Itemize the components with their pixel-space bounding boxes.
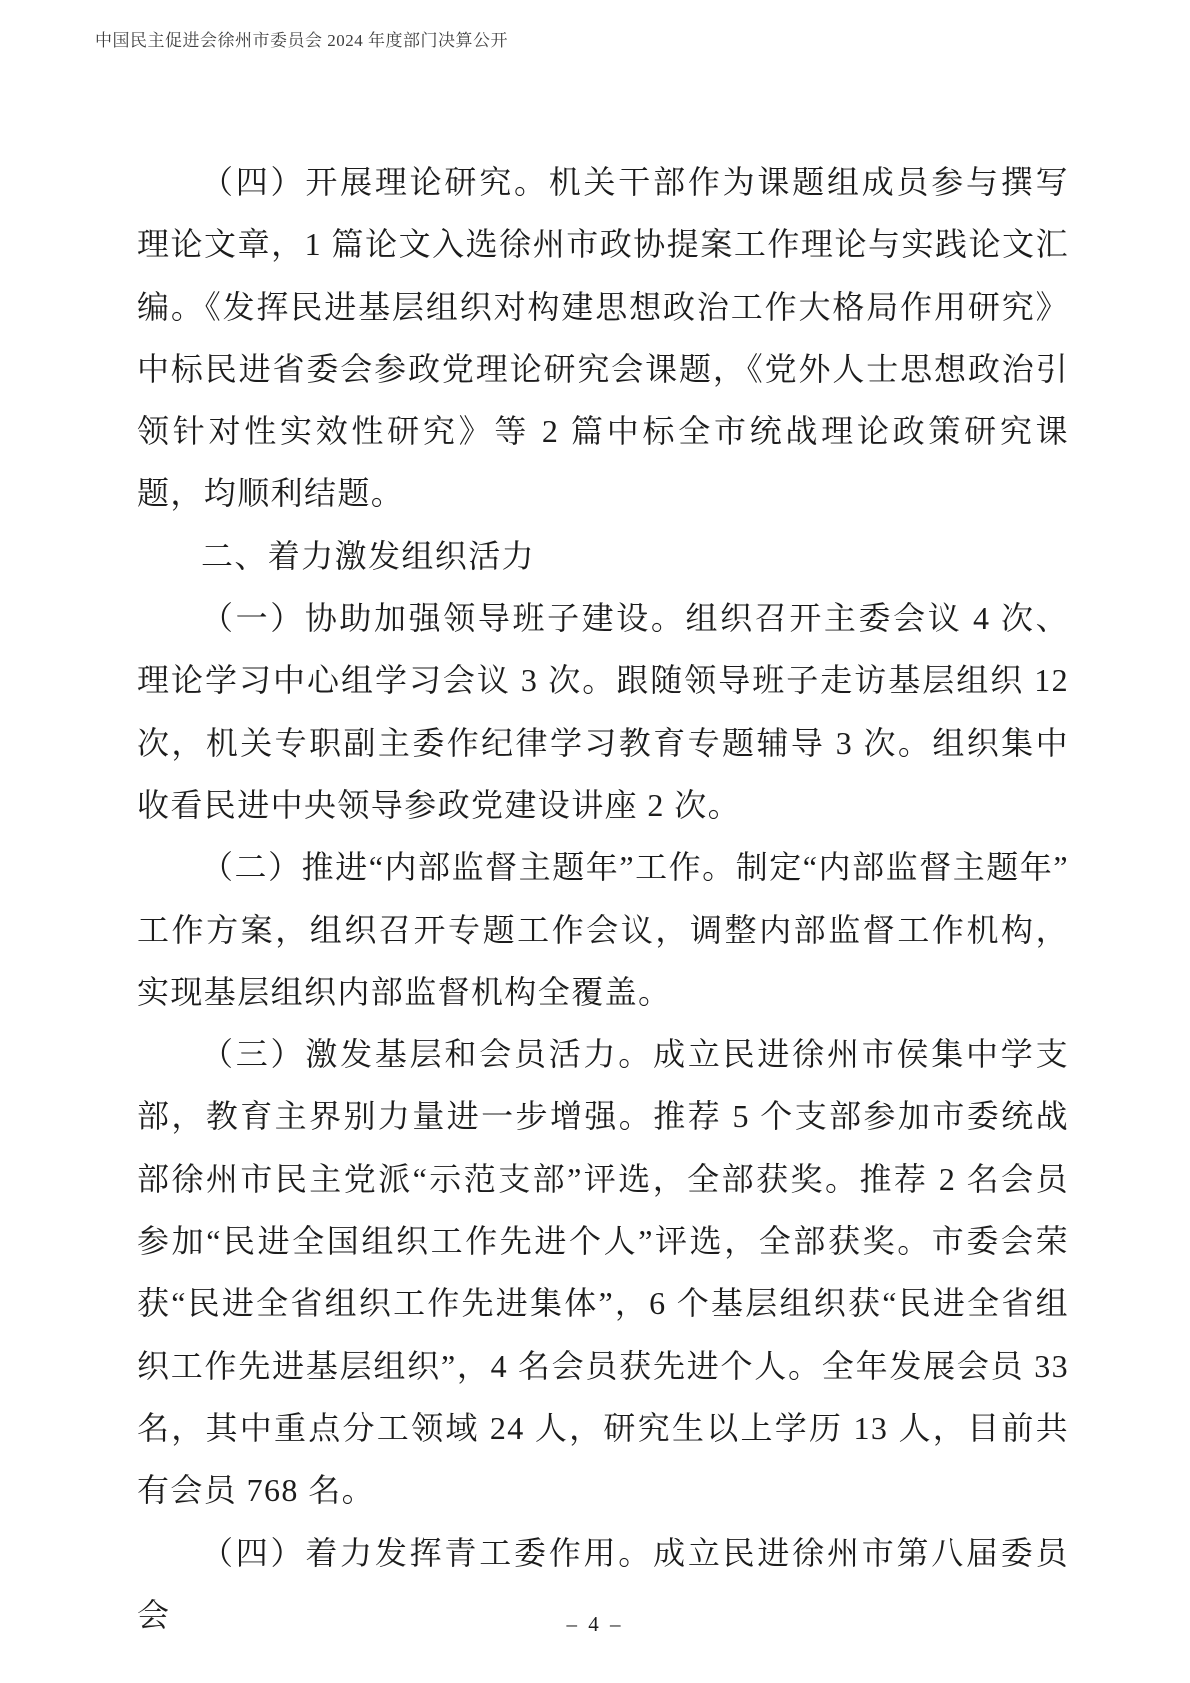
body-paragraph: （二）推进“内部监督主题年”工作。制定“内部监督主题年”工作方案，组织召开专题工… (137, 836, 1069, 1023)
document-page: 中国民主促进会徐州市委员会 2024 年度部门决算公开 （四）开展理论研究。机关… (0, 0, 1190, 1683)
body-paragraph: （四）开展理论研究。机关干部作为课题组成员参与撰写理论文章，1 篇论文入选徐州市… (137, 151, 1069, 525)
section-heading: 二、着力激发组织活力 (137, 525, 1069, 587)
body-paragraph: （三）激发基层和会员活力。成立民进徐州市侯集中学支部，教育主界别力量进一步增强。… (137, 1023, 1069, 1521)
document-body: （四）开展理论研究。机关干部作为课题组成员参与撰写理论文章，1 篇论文入选徐州市… (137, 151, 1069, 1646)
body-paragraph: （一）协助加强领导班子建设。组织召开主委会议 4 次、理论学习中心组学习会议 3… (137, 587, 1069, 836)
document-header-title: 中国民主促进会徐州市委员会 2024 年度部门决算公开 (95, 26, 508, 51)
page-number: – 4 – (0, 1612, 1190, 1637)
